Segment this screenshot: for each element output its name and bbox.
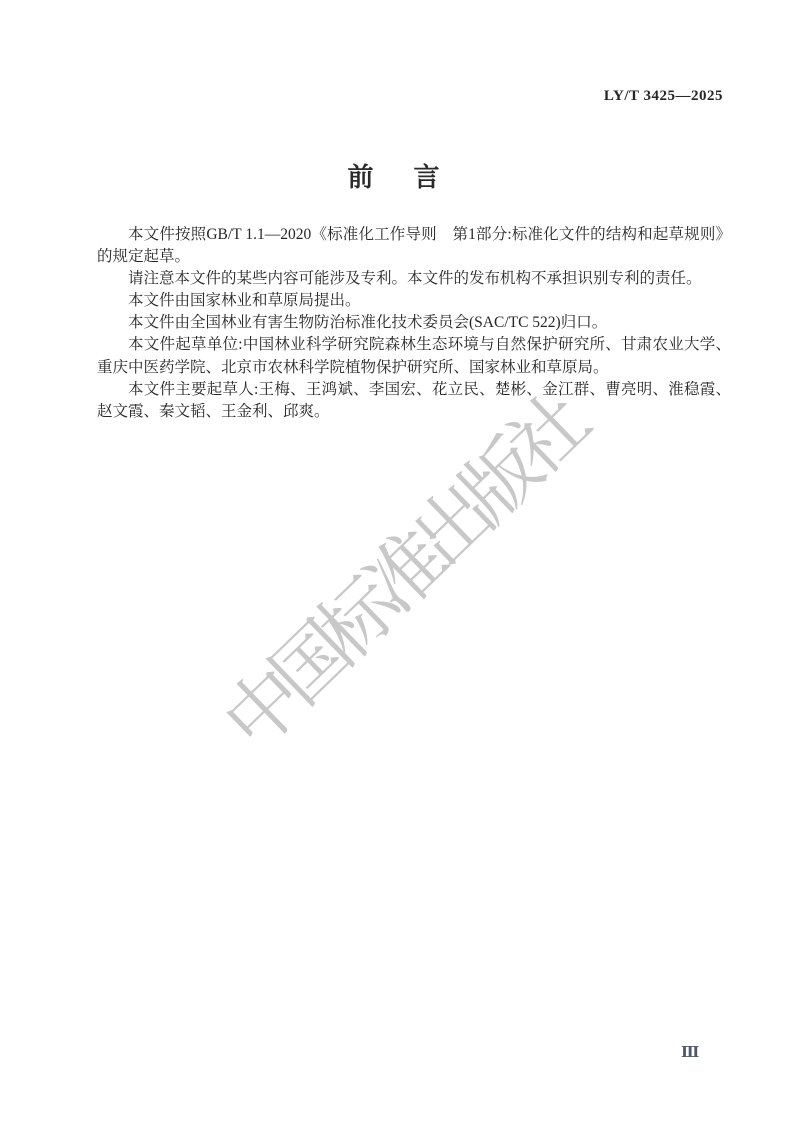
foreword-title: 前 言: [0, 157, 794, 194]
paragraph-main-drafters: 本文件主要起草人:王梅、王鸿斌、李国宏、花立民、楚彬、金江群、曹亮明、淮稳霞、赵…: [97, 379, 731, 423]
paragraph-drafting-organizations: 本文件起草单位:中国林业科学研究院森林生态环境与自然保护研究所、甘肃农业大学、重…: [97, 334, 731, 378]
paragraph-patent-notice: 请注意本文件的某些内容可能涉及专利。本文件的发布机构不承担识别专利的责任。: [97, 268, 731, 290]
document-page: 中国标准出版社 LY/T 3425—2025 前 言 本文件按照GB/T 1.1…: [0, 0, 794, 1123]
foreword-body: 本文件按照GB/T 1.1—2020《标准化工作导则 第1部分:标准化文件的结构…: [97, 224, 731, 423]
standard-code-header: LY/T 3425—2025: [604, 88, 723, 105]
page-number: Ⅲ: [681, 1043, 699, 1062]
publisher-watermark: 中国标准出版社: [195, 370, 603, 769]
paragraph-committee: 本文件由全国林业有害生物防治标准化技术委员会(SAC/TC 522)归口。: [97, 312, 731, 334]
paragraph-drafting-rules: 本文件按照GB/T 1.1—2020《标准化工作导则 第1部分:标准化文件的结构…: [97, 224, 731, 268]
paragraph-proposed-by: 本文件由国家林业和草原局提出。: [97, 290, 731, 312]
